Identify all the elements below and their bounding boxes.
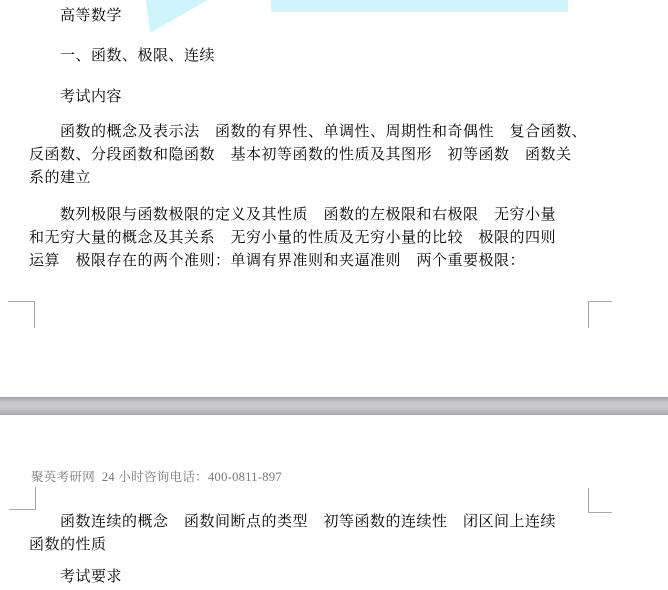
text-line[interactable]: 高等数学 bbox=[29, 5, 599, 28]
text-line[interactable]: 考试要求 bbox=[29, 566, 599, 589]
text-line[interactable]: 和无穷大量的概念及其关系 无穷小量的性质及无穷小量的比较 极限的四则 bbox=[29, 227, 599, 250]
paragraph-limits[interactable]: 数列极限与函数极限的定义及其性质 函数的左极限和右极限 无穷小量 和无穷大量的概… bbox=[29, 204, 599, 273]
text-boundary-mark-top-left bbox=[9, 487, 36, 510]
doc-title[interactable]: 高等数学 bbox=[29, 5, 599, 28]
text-line[interactable]: 一、函数、极限、连续 bbox=[29, 45, 599, 68]
text-line[interactable]: 函数连续的概念 函数间断点的类型 初等函数的连续性 闭区间上连续 bbox=[29, 511, 599, 534]
page-header-text: 聚英考研网 24 小时咨询电话：400-0811-897 bbox=[31, 469, 282, 486]
text-line[interactable]: 考试内容 bbox=[29, 86, 599, 109]
text-line[interactable]: 系的建立 bbox=[29, 167, 599, 190]
text-line[interactable]: 函数的概念及表示法 函数的有界性、单调性、周期性和奇偶性 复合函数、 bbox=[29, 121, 599, 144]
text-line[interactable]: 数列极限与函数极限的定义及其性质 函数的左极限和右极限 无穷小量 bbox=[29, 204, 599, 227]
page-separator bbox=[0, 397, 668, 415]
text-line[interactable]: 反函数、分段函数和隐函数 基本初等函数的性质及其图形 初等函数 函数关 bbox=[29, 144, 599, 167]
text-boundary-mark-top-right bbox=[588, 488, 612, 513]
subheading-exam-requirements[interactable]: 考试要求 bbox=[29, 566, 599, 589]
text-line[interactable]: 运算 极限存在的两个准则：单调有界准则和夹逼准则 两个重要极限： bbox=[29, 250, 599, 273]
document-page-1[interactable]: 高等数学 一、函数、极限、连续 考试内容 函数的概念及表示法 函数的有界性、单调… bbox=[0, 0, 668, 397]
text-boundary-mark-bottom-left bbox=[8, 301, 35, 328]
paragraph-functions[interactable]: 函数的概念及表示法 函数的有界性、单调性、周期性和奇偶性 复合函数、 反函数、分… bbox=[29, 121, 599, 190]
paragraph-continuity[interactable]: 函数连续的概念 函数间断点的类型 初等函数的连续性 闭区间上连续 函数的性质 bbox=[29, 511, 599, 557]
subheading-exam-content[interactable]: 考试内容 bbox=[29, 86, 599, 109]
document-view: 高等数学 一、函数、极限、连续 考试内容 函数的概念及表示法 函数的有界性、单调… bbox=[0, 0, 668, 590]
section-heading[interactable]: 一、函数、极限、连续 bbox=[29, 45, 599, 68]
text-line[interactable]: 函数的性质 bbox=[29, 534, 599, 557]
text-boundary-mark-bottom-right bbox=[588, 301, 612, 328]
document-page-2[interactable]: 聚英考研网 24 小时咨询电话：400-0811-897 函数连续的概念 函数间… bbox=[0, 415, 668, 590]
